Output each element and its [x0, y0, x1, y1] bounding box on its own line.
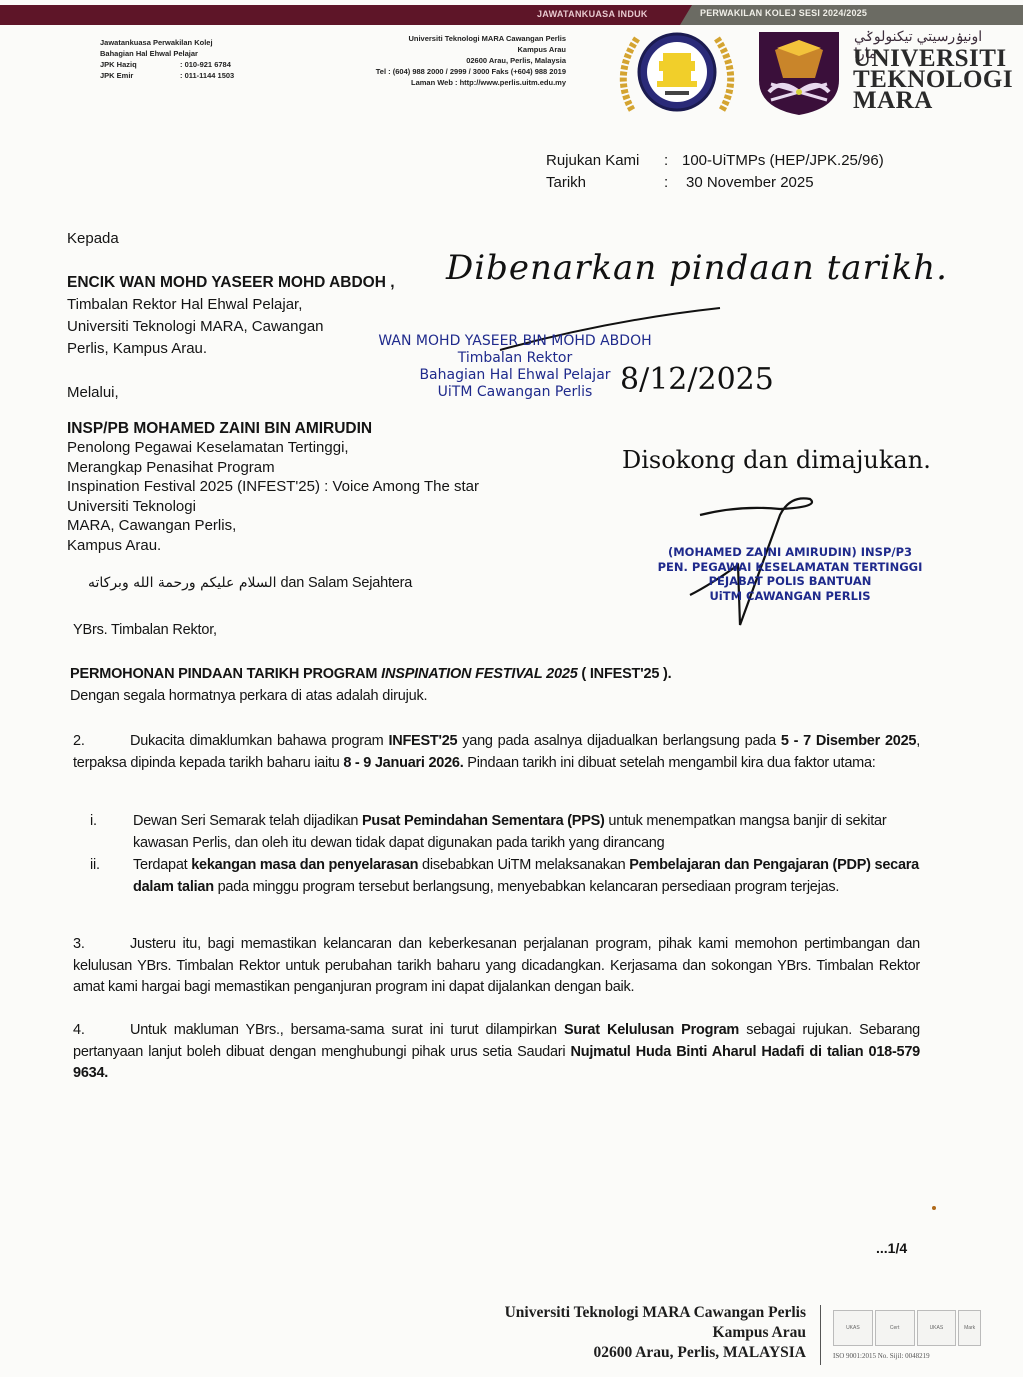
certification-logos: UKASCertUKASMark [833, 1310, 981, 1348]
paragraph-3: 3.Justeru itu, bagi memastikan kelancara… [73, 934, 920, 999]
contact-phone: : 011-1144 1503 [180, 70, 234, 81]
contact-list: JPK Haziq: 010-921 6784JPK Emir: 011-114… [100, 59, 234, 81]
emphasis-text: INFEST'25 [388, 733, 457, 749]
address-line: Laman Web : http://www.perlis.uitm.edu.m… [290, 77, 566, 88]
via-line: MARA, Cawangan Perlis, [67, 516, 479, 536]
via-line: Penolong Pegawai Keselamatan Tertinggi, [67, 438, 479, 458]
via-name: INSP/PB MOHAMED ZAINI BIN AMIRUDIN [67, 418, 372, 439]
body-text: pada minggu program tersebut berlangsung… [214, 879, 839, 895]
footer-address-line: 02600 Arau, Perlis, MALAYSIA [430, 1343, 806, 1363]
via-line: Merangkap Penasihat Program [67, 458, 479, 478]
contact-label: JPK Emir [100, 70, 180, 81]
org-division: Bahagian Hal Ehwal Pelajar [100, 48, 234, 59]
greeting-arabic: السلام عليكم ورحمة الله وبركاته [88, 575, 277, 591]
paragraph-number: 4. [73, 1020, 130, 1042]
body-text: Terdapat [133, 857, 191, 873]
address-line: Tel : (604) 988 2000 / 2999 / 3000 Faks … [290, 66, 566, 77]
list-text: Terdapat kekangan masa dan penyelarasan … [133, 854, 920, 898]
stamp-line: (MOHAMED ZAINI AMIRUDIN) INSP/P3 [655, 545, 925, 560]
paragraph-2: 2.Dukacita dimaklumkan bahawa program IN… [73, 731, 920, 774]
cert-logo: Mark [958, 1310, 981, 1346]
reference-block: Rujukan Kami : 100-UiTMPs (HEP/JPK.25/96… [546, 150, 884, 194]
list-item: i.Dewan Seri Semarak telah dijadikan Pus… [90, 810, 920, 854]
body-text: yang pada asalnya dijadualkan berlangsun… [457, 733, 781, 749]
greeting-malay: dan Salam Sejahtera [281, 575, 413, 591]
body-text: Dukacita dimaklumkan bahawa program [130, 733, 388, 749]
paragraph-number: 2. [73, 731, 130, 753]
banner-committee-label: JAWATANKUASA INDUK [537, 9, 648, 19]
emphasis-text: Pusat Pemindahan Sementara (PPS) [362, 813, 605, 829]
letterhead-org: Jawatankuasa Perwakilan Kolej Bahagian H… [100, 37, 234, 81]
reference-row: Rujukan Kami : 100-UiTMPs (HEP/JPK.25/96… [546, 150, 884, 172]
handwritten-date: 8/12/2025 [620, 362, 774, 397]
greeting: السلام عليكم ورحمة الله وبركاته dan Sala… [88, 573, 412, 595]
date-row: Tarikh : 30 November 2025 [546, 172, 884, 194]
footer-divider [820, 1305, 821, 1365]
via-line: Universiti Teknologi [67, 497, 479, 517]
salutation: YBrs. Timbalan Rektor, [73, 620, 217, 642]
emphasis-text: kekangan masa dan penyelarasan [191, 857, 418, 873]
list-number: i. [90, 810, 133, 854]
ink-dot [932, 1206, 936, 1210]
subject-program: INSPINATION FESTIVAL 2025 [381, 666, 577, 682]
body-text: Dewan Seri Semarak telah dijadikan [133, 813, 362, 829]
stamp-line: WAN MOHD YASEER BIN MOHD ABDOH [355, 333, 675, 350]
iso-cert-text: ISO 9001:2015 No. Sijil: 0048219 [833, 1352, 930, 1360]
banner-session-label: PERWAKILAN KOLEJ SESI 2024/2025 [700, 8, 867, 18]
uitm-wordmark: UNIVERSITITEKNOLOGIMARA [853, 48, 1013, 111]
via-line: Kampus Arau. [67, 536, 479, 556]
recipient-name: ENCIK WAN MOHD YASEER MOHD ABDOH , [67, 272, 395, 293]
subject-suffix: ( INFEST'25 ). [578, 666, 672, 682]
reference-value: 100-UiTMPs (HEP/JPK.25/96) [682, 150, 884, 172]
footer-address: Universiti Teknologi MARA Cawangan Perli… [430, 1303, 806, 1363]
reference-label: Rujukan Kami [546, 150, 664, 172]
support-stamp: (MOHAMED ZAINI AMIRUDIN) INSP/P3PEN. PEG… [655, 545, 925, 603]
cert-logo: Cert [875, 1310, 915, 1346]
subject-line: PERMOHONAN PINDAAN TARIKH PROGRAM INSPIN… [70, 664, 671, 686]
list-number: ii. [90, 854, 133, 898]
page-indicator: ...1/4 [876, 1240, 907, 1256]
body-text: Untuk makluman YBrs., bersama-sama surat… [130, 1022, 564, 1038]
handwritten-approval: Dibenarkan pindaan tarikh. [446, 248, 948, 288]
separator: : [664, 150, 682, 172]
list-item: ii.Terdapat kekangan masa dan penyelaras… [90, 854, 920, 898]
separator: : [664, 172, 682, 194]
date-value: 30 November 2025 [682, 172, 814, 194]
stamp-line: UiTM CAWANGAN PERLIS [655, 589, 925, 604]
via-label: Melalui, [67, 382, 119, 403]
contact-row: JPK Haziq: 010-921 6784 [100, 59, 234, 70]
list-text: Dewan Seri Semarak telah dijadikan Pusat… [133, 810, 920, 854]
via-line: Inspination Festival 2025 (INFEST'25) : … [67, 477, 479, 497]
emphasis-text: 8 - 9 Januari 2026. [343, 755, 463, 771]
recipient-line: Perlis, Kampus Arau. [67, 338, 324, 360]
paragraph-number: 3. [73, 934, 130, 956]
footer-address-line: Kampus Arau [430, 1323, 806, 1343]
emphasis-text: Surat Kelulusan Program [564, 1022, 739, 1038]
address-line: 02600 Arau, Perlis, Malaysia [290, 55, 566, 66]
footer-address-line: Universiti Teknologi MARA Cawangan Perli… [430, 1303, 806, 1323]
contact-row: JPK Emir: 011-1144 1503 [100, 70, 234, 81]
stamp-line: PEN. PEGAWAI KESELAMATAN TERTINGGI [655, 560, 925, 575]
address-line: Universiti Teknologi MARA Cawangan Perli… [290, 33, 566, 44]
recipient-line: Universiti Teknologi MARA, Cawangan [67, 316, 324, 338]
handwritten-support: Disokong dan dimajukan. [622, 446, 931, 474]
emphasis-text: 5 - 7 Disember 2025 [781, 733, 916, 749]
letterhead-address: Universiti Teknologi MARA Cawangan Perli… [290, 33, 566, 88]
address-line: Kampus Arau [290, 44, 566, 55]
contact-phone: : 010-921 6784 [180, 59, 231, 70]
intro-text: Dengan segala hormatnya perkara di atas … [70, 686, 427, 708]
jpk-emblem-logo [610, 25, 745, 120]
org-name: Jawatankuasa Perwakilan Kolej [100, 37, 234, 48]
subject-prefix: PERMOHONAN PINDAAN TARIKH PROGRAM [70, 666, 381, 682]
recipient-line: Timbalan Rektor Hal Ehwal Pelajar, [67, 294, 324, 316]
contact-label: JPK Haziq [100, 59, 180, 70]
body-text: Justeru itu, bagi memastikan kelancaran … [73, 936, 920, 995]
paragraph-4: 4.Untuk makluman YBrs., bersama-sama sur… [73, 1020, 920, 1085]
body-text: Pindaan tarikh ini dibuat setelah mengam… [464, 755, 876, 771]
to-label: Kepada [67, 228, 119, 249]
uitm-name-line: MARA [853, 90, 1013, 111]
date-label: Tarikh [546, 172, 664, 194]
recipient-address: Timbalan Rektor Hal Ehwal Pelajar,Univer… [67, 294, 324, 360]
via-address: Penolong Pegawai Keselamatan Tertinggi,M… [67, 438, 479, 555]
stamp-line: PEJABAT POLIS BANTUAN [655, 574, 925, 589]
cert-logo: UKAS [833, 1310, 873, 1346]
uitm-crest-logo [757, 30, 841, 116]
cert-logo: UKAS [917, 1310, 957, 1346]
body-text: disebabkan UiTM melaksanakan [418, 857, 629, 873]
